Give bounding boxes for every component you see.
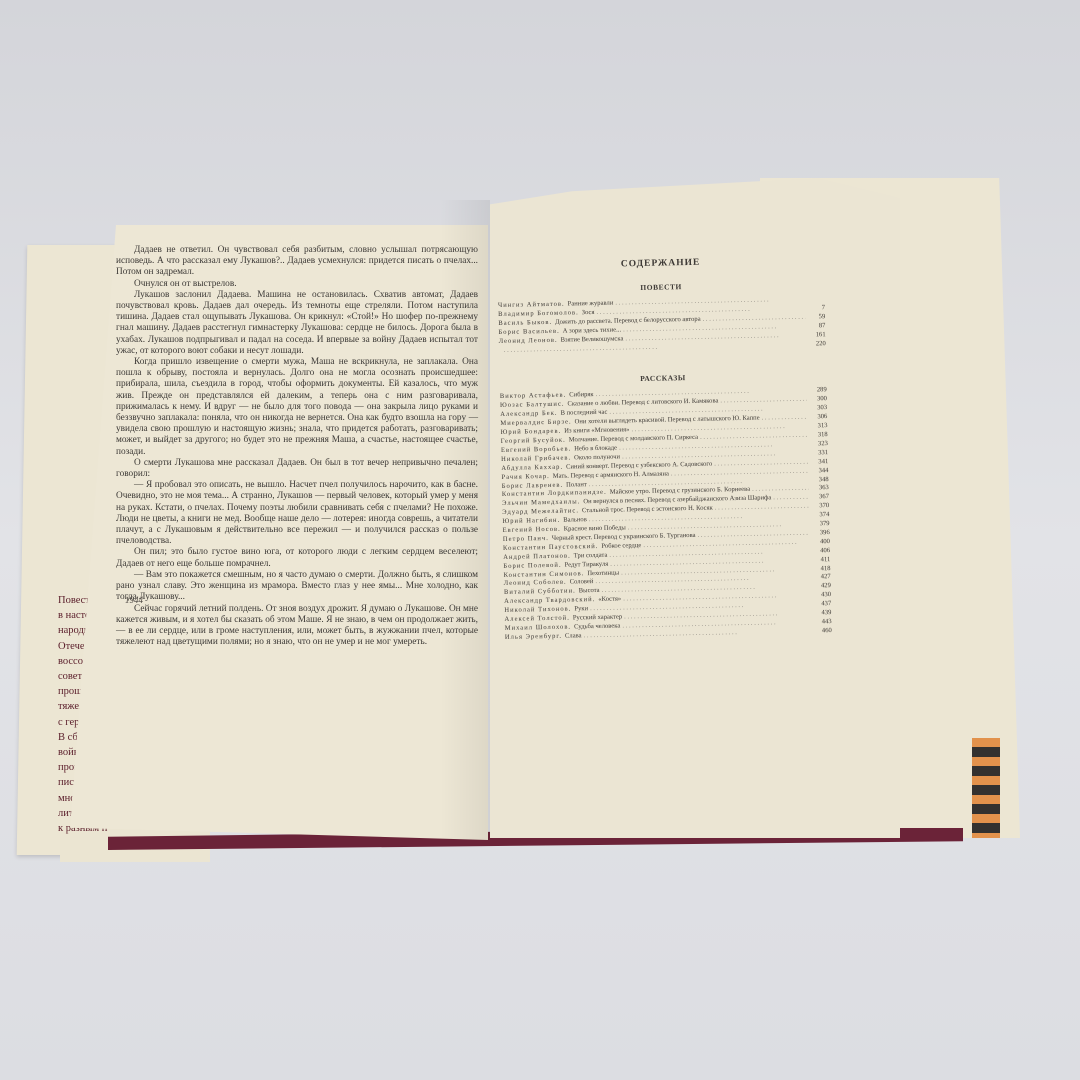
toc-page-number: 341	[810, 458, 828, 467]
toc-page-number: 379	[811, 520, 829, 529]
toc-page-number: 396	[812, 529, 830, 538]
paragraph: — Я пробовал это описать, не вышло. Насч…	[116, 480, 478, 547]
toc-work-title: Высота	[579, 587, 600, 596]
toc-page-number: 323	[810, 440, 828, 449]
toc-page-number: 427	[813, 574, 831, 583]
toc-page-number	[807, 295, 825, 304]
toc-page-number: 306	[809, 413, 827, 422]
toc-page-number: 87	[807, 322, 825, 331]
toc-page-number: 430	[813, 591, 831, 600]
toc-page-number: 400	[812, 538, 830, 547]
toc-page-number: 437	[813, 600, 831, 609]
toc-page-number: 313	[809, 422, 827, 431]
toc-page-number: 344	[810, 467, 828, 476]
paragraph: Дадаев не ответил. Он чувствовал себя ра…	[116, 245, 478, 279]
toc-page-number: 374	[811, 511, 829, 520]
toc-work-title: Зося	[582, 309, 595, 318]
toc-page-number: 439	[813, 609, 831, 618]
paragraph: — Вам это покажется смешным, но я часто …	[116, 570, 478, 604]
toc-page-number: 411	[812, 556, 830, 565]
toc-page-number: 348	[811, 476, 829, 485]
toc-page-number: 7	[807, 304, 825, 313]
toc-page-number: 443	[814, 618, 832, 627]
toc-work-title: Слава	[565, 632, 582, 641]
paragraph: Лукашов заслонил Дадаева. Машина не оста…	[116, 290, 478, 357]
paragraph: Очнулся он от выстрелов.	[116, 279, 478, 290]
toc-author: Илья Эренбург.	[505, 633, 562, 643]
toc-page-number: 318	[810, 431, 828, 440]
toc-page-number: 363	[811, 485, 829, 494]
toc-page-number: 370	[811, 502, 829, 511]
paragraph: Когда пришло извещение о смерти мужа, Ма…	[116, 357, 478, 458]
table-of-contents: СОДЕРЖАНИЕ ПОВЕСТИЧингиз Айтматов.Ранние…	[497, 255, 832, 643]
toc-page-number: 303	[809, 404, 827, 413]
toc-page-number: 429	[813, 582, 831, 591]
paragraph: О смерти Лукашова мне рассказал Дадаев. …	[116, 458, 478, 480]
toc-page-number: 331	[810, 449, 828, 458]
paragraph: Он пил; это было густое вино юга, от кот…	[116, 547, 478, 569]
toc-page-number: 300	[809, 395, 827, 404]
toc-page-number: 161	[808, 331, 826, 340]
toc-page-number: 406	[812, 547, 830, 556]
toc-work-title: Руки	[574, 605, 588, 614]
toc-page-number: 59	[807, 313, 825, 322]
toc-page-number: 289	[809, 387, 827, 396]
paragraph: Сейчас горячий летний полдень. От зноя в…	[116, 604, 478, 649]
year-label: 1944	[125, 595, 143, 605]
toc-page-number: 460	[814, 627, 832, 636]
st-george-ribbon-stripe	[972, 738, 1000, 838]
left-page-text: Дадаев не ответил. Он чувствовал себя ра…	[116, 245, 478, 648]
toc-section-heading: ПОВЕСТИ	[498, 279, 825, 295]
toc-page-number: 367	[811, 493, 829, 502]
toc-page-number: 418	[812, 565, 830, 574]
toc-page-number: 220	[808, 340, 826, 349]
toc-work-title: Полант	[566, 481, 587, 490]
